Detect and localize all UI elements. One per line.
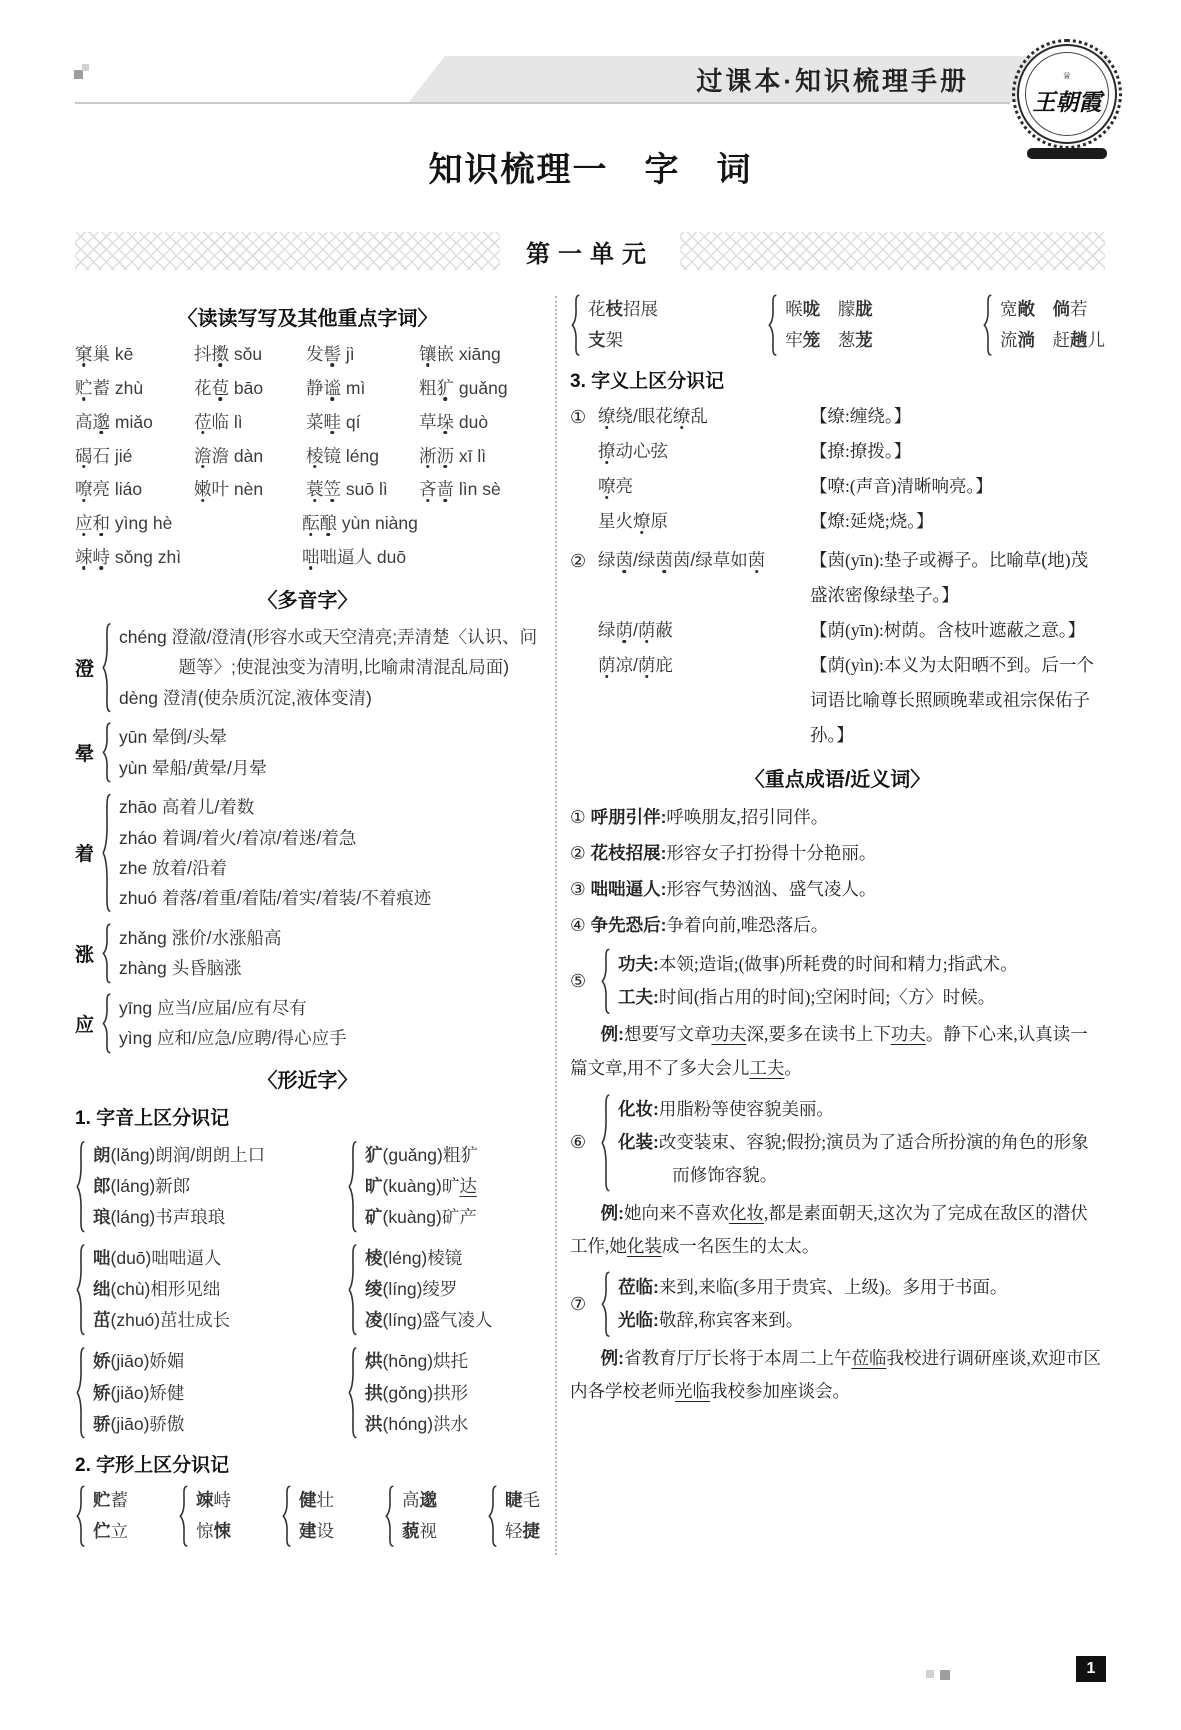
meaning-term: 嘹亮 bbox=[598, 469, 810, 504]
vocab-row: 高邈 miǎo莅临 lì菜畦 qí草垛 duò bbox=[75, 407, 540, 439]
polyphone-line: yìng 应和/应急/应聘/得心应手 bbox=[119, 1023, 540, 1053]
compare-group: ⑥化妆:用脂粉等使容貌美丽。化装:改变装束、容貌;假扮;演员为了适合所扮演的角色… bbox=[570, 1093, 1105, 1193]
left-column: 〈读读写写及其他重点字词〉 窠巢 kē抖擞 sǒu发髻 jì镶嵌 xiāng贮蓄… bbox=[75, 292, 540, 1555]
footer-decoration-icon bbox=[926, 1670, 934, 1678]
polyphone-group: 应yīng 应当/应届/应有尽有yìng 应和/应急/应聘/得心应手 bbox=[75, 993, 540, 1054]
page-title: 知识梳理一 字 词 bbox=[0, 142, 1181, 191]
vocab-item: 竦峙 sǒng zhì bbox=[75, 542, 298, 574]
vocab-item: 草垛 duò bbox=[419, 407, 540, 439]
soundalike-line: 旷(kuàng)旷达 bbox=[365, 1171, 540, 1202]
soundalike-group: 咄(duō)咄咄逼人绌(chù)相形见绌茁(zhuó)茁壮成长 bbox=[75, 1243, 347, 1336]
shape-pair-line: 宽敞 倘若 bbox=[1000, 294, 1105, 325]
section-title-idioms: 〈重点成语/近义词〉 bbox=[570, 763, 1105, 792]
shape-pair: 花枝招展支架 bbox=[570, 294, 658, 356]
soundalike-line: 洪(hóng)洪水 bbox=[365, 1409, 540, 1440]
column-divider bbox=[555, 296, 557, 1555]
brace-icon bbox=[600, 1271, 611, 1338]
brand-name: 王朝霞 bbox=[1033, 84, 1102, 117]
section-title-lookalike: 〈形近字〉 bbox=[75, 1064, 540, 1093]
item-number: ④ bbox=[570, 915, 591, 935]
polyphone-line: zhuó 着落/着重/着陆/着实/着装/不着痕迹 bbox=[119, 883, 540, 913]
brace-icon bbox=[101, 792, 112, 914]
polyphone-group: 澄chéng 澄澈/澄清(形容水或天空清亮;弄清楚〈认识、问题等〉;使混浊变为清… bbox=[75, 622, 540, 713]
meaning-row: 绿荫/荫蔽【荫(yīn):树荫。含枝叶遮蔽之意。】 bbox=[598, 613, 1105, 648]
vocab-item: 蓑笠 suō lì bbox=[306, 474, 415, 506]
shape-pair-line: 高邈 bbox=[402, 1485, 437, 1516]
shape-pair-line: 健壮 bbox=[299, 1485, 334, 1516]
example-sentence: 例:省教育厅厅长将于本周二上午莅临我校进行调研座谈,欢迎市区内各学校老师光临我校… bbox=[570, 1342, 1105, 1409]
crown-icon: ♕ bbox=[1063, 72, 1072, 82]
item-number: ① bbox=[570, 807, 591, 827]
idiom-list: ① 呼朋引伴:呼唤朋友,招引同伴。② 花枝招展:形容女子打扮得十分艳丽。③ 咄咄… bbox=[570, 800, 1105, 1408]
meaning-row: 缭绕/眼花缭乱【缭:缠绕。】 bbox=[598, 399, 1105, 434]
subsection-title-by-sound: 1. 字音上区分识记 bbox=[75, 1103, 540, 1130]
footer-decoration-icon bbox=[940, 1670, 950, 1680]
brand-logo: ♕ 王朝霞 bbox=[1017, 44, 1117, 144]
soundalike-line: 绫(líng)绫罗 bbox=[365, 1274, 540, 1305]
shape-pair-line: 睫毛 bbox=[505, 1485, 540, 1516]
compare-group: ⑦莅临:来到,来临(多用于贵宾、上级)。多用于书面。光临:敬辞,称宾客来到。 bbox=[570, 1271, 1105, 1338]
vocab-item: 莅临 lì bbox=[194, 407, 302, 439]
soundalike-line: 矫(jiǎo)矫健 bbox=[93, 1378, 347, 1409]
vocab-row: 碣石 jié澹澹 dàn棱镜 léng淅沥 xī lì bbox=[75, 441, 540, 473]
header-band: 过课本·知识梳理手册 bbox=[409, 56, 1109, 102]
polyphone-line: chéng 澄澈/澄清(形容水或天空清亮;弄清楚〈认识、问题等〉;使混浊变为清明… bbox=[119, 622, 540, 683]
brace-icon bbox=[75, 1140, 86, 1233]
shape-pair-line: 伫立 bbox=[93, 1516, 128, 1547]
vocab-item: 发髻 jì bbox=[306, 339, 415, 371]
soundalike-line: 骄(jiāo)骄傲 bbox=[93, 1409, 347, 1440]
meaning-def: 【燎:延烧;烧。】 bbox=[810, 504, 1105, 539]
item-number: ⑦ bbox=[570, 1271, 600, 1338]
page-content: 〈读读写写及其他重点字词〉 窠巢 kē抖擞 sǒu发髻 jì镶嵌 xiāng贮蓄… bbox=[75, 292, 1105, 1555]
soundalike-line: 茁(zhuó)茁壮成长 bbox=[93, 1305, 347, 1336]
soundalike-group: 犷(guǎng)粗犷旷(kuàng)旷达矿(kuàng)矿产 bbox=[347, 1140, 540, 1233]
polyphone-list: 澄chéng 澄澈/澄清(形容水或天空清亮;弄清楚〈认识、问题等〉;使混浊变为清… bbox=[75, 622, 540, 1054]
brace-icon bbox=[101, 722, 112, 783]
shape-pair: 竦峙惊悚 bbox=[178, 1485, 231, 1547]
brace-icon bbox=[101, 923, 112, 984]
idiom-item: ③ 咄咄逼人:形容气势汹汹、盛气凌人。 bbox=[570, 872, 1105, 908]
vocab-item: 高邈 miǎo bbox=[75, 407, 190, 439]
compare-line: 光临:敬辞,称宾客来到。 bbox=[618, 1304, 1105, 1337]
vocab-item: 抖擞 sǒu bbox=[194, 339, 302, 371]
soundalike-line: 咄(duō)咄咄逼人 bbox=[93, 1243, 347, 1274]
polyphone-group: 着zhāo 高着儿/着数zháo 着调/着火/着凉/着迷/着急zhe 放着/沿着… bbox=[75, 792, 540, 914]
polyphone-line: yùn 晕船/黄晕/月晕 bbox=[119, 753, 540, 783]
soundalike-line: 郎(láng)新郎 bbox=[93, 1171, 347, 1202]
header-rule bbox=[75, 102, 1010, 104]
vocab-item: 淅沥 xī lì bbox=[419, 441, 540, 473]
brace-icon bbox=[384, 1485, 395, 1547]
polyphone-line: yīng 应当/应届/应有尽有 bbox=[119, 993, 540, 1023]
shape-pair-line: 藐视 bbox=[402, 1516, 437, 1547]
item-number: ① bbox=[570, 399, 586, 435]
compare-line: 莅临:来到,来临(多用于贵宾、上级)。多用于书面。 bbox=[618, 1271, 1105, 1304]
brace-icon bbox=[101, 622, 112, 713]
polyphone-group: 晕yūn 晕倒/头晕yùn 晕船/黄晕/月晕 bbox=[75, 722, 540, 783]
soundalike-row: 咄(duō)咄咄逼人绌(chù)相形见绌茁(zhuó)茁壮成长棱(léng)棱镜… bbox=[75, 1243, 540, 1336]
meaning-row: 星火燎原【燎:延烧;烧。】 bbox=[598, 504, 1105, 539]
compare-line: 工夫:时间(指占用的时间);空闲时间;〈方〉时候。 bbox=[618, 981, 1105, 1014]
vocab-grid: 窠巢 kē抖擞 sǒu发髻 jì镶嵌 xiāng贮蓄 zhù花苞 bāo静谧 m… bbox=[75, 339, 540, 574]
meaning-row: 撩动心弦【撩:撩拨。】 bbox=[598, 434, 1105, 469]
meaning-row: 嘹亮【嘹:(声音)清晰响亮。】 bbox=[598, 469, 1105, 504]
vocab-item: 棱镜 léng bbox=[306, 441, 415, 473]
vocab-row: 窠巢 kē抖擞 sǒu发髻 jì镶嵌 xiāng bbox=[75, 339, 540, 371]
brace-icon bbox=[178, 1485, 189, 1547]
polyphone-char: 涨 bbox=[75, 923, 101, 984]
soundalike-row: 娇(jiāo)娇媚矫(jiǎo)矫健骄(jiāo)骄傲烘(hōng)烘托拱(gǒ… bbox=[75, 1346, 540, 1439]
shape-pair-line: 轻捷 bbox=[505, 1516, 540, 1547]
brace-icon bbox=[347, 1243, 358, 1336]
meaning-group-list: ①缭绕/眼花缭乱【缭:缠绕。】撩动心弦【撩:撩拨。】嘹亮【嘹:(声音)清晰响亮。… bbox=[570, 399, 1105, 753]
brace-icon bbox=[347, 1140, 358, 1233]
shape-pair: 贮蓄伫立 bbox=[75, 1485, 128, 1547]
shape-pair-row-continued: 花枝招展支架喉咙 朦胧牢笼 葱茏宽敞 倘若流淌 赶趟儿 bbox=[570, 294, 1105, 356]
item-number: ⑤ bbox=[570, 948, 600, 1015]
meaning-def: 【荫(yìn):本义为太阳晒不到。后一个词语比喻尊长照顾晚辈或祖宗保佑子孙。】 bbox=[810, 648, 1105, 753]
brace-icon bbox=[347, 1346, 358, 1439]
soundalike-line: 拱(gǒng)拱形 bbox=[365, 1378, 540, 1409]
page-number: 1 bbox=[1076, 1656, 1106, 1682]
shape-pair-line: 牢笼 葱茏 bbox=[785, 325, 873, 356]
shape-pair: 高邈藐视 bbox=[384, 1485, 437, 1547]
idiom-item: ① 呼朋引伴:呼唤朋友,招引同伴。 bbox=[570, 800, 1105, 836]
shape-pair-line: 贮蓄 bbox=[93, 1485, 128, 1516]
logo-ribbon-icon bbox=[1027, 148, 1107, 159]
brace-icon bbox=[570, 294, 581, 356]
vocab-item: 镶嵌 xiāng bbox=[419, 339, 540, 371]
item-number: ② bbox=[570, 843, 591, 863]
vocab-item: 静谧 mì bbox=[306, 373, 415, 405]
brace-icon bbox=[75, 1346, 86, 1439]
vocab-item: 澹澹 dàn bbox=[194, 441, 302, 473]
item-number: ⑥ bbox=[570, 1093, 600, 1193]
soundalike-line: 矿(kuàng)矿产 bbox=[365, 1202, 540, 1233]
vocab-item: 粗犷 guǎng bbox=[419, 373, 540, 405]
polyphone-line: zhǎng 涨价/水涨船高 bbox=[119, 923, 540, 953]
shape-pair-line: 喉咙 朦胧 bbox=[785, 294, 873, 325]
polyphone-char: 着 bbox=[75, 792, 101, 914]
soundalike-line: 琅(láng)书声琅琅 bbox=[93, 1202, 347, 1233]
vocab-row: 贮蓄 zhù花苞 bāo静谧 mì粗犷 guǎng bbox=[75, 373, 540, 405]
meaning-group: ①缭绕/眼花缭乱【缭:缠绕。】撩动心弦【撩:撩拨。】嘹亮【嘹:(声音)清晰响亮。… bbox=[570, 399, 1105, 539]
polyphone-line: yūn 晕倒/头晕 bbox=[119, 722, 540, 752]
item-number: ② bbox=[570, 543, 586, 579]
item-number: ③ bbox=[570, 879, 591, 899]
soundalike-line: 凌(líng)盛气凌人 bbox=[365, 1305, 540, 1336]
example-sentence: 例:她向来不喜欢化妆,都是素面朝天,这次为了完成在敌区的潜伏工作,她化装成一名医… bbox=[570, 1197, 1105, 1264]
vocab-item: 贮蓄 zhù bbox=[75, 373, 190, 405]
brace-icon bbox=[982, 294, 993, 356]
section-title-key-words: 〈读读写写及其他重点字词〉 bbox=[75, 302, 540, 331]
brace-icon bbox=[75, 1485, 86, 1547]
subsection-title-by-meaning: 3. 字义上区分识记 bbox=[570, 366, 1105, 393]
meaning-term: 荫凉/荫庇 bbox=[598, 648, 810, 753]
soundalike-row: 朗(lǎng)朗润/朗朗上口郎(láng)新郎琅(láng)书声琅琅犷(guǎn… bbox=[75, 1140, 540, 1233]
meaning-term: 绿荫/荫蔽 bbox=[598, 613, 810, 648]
vocab-row: 应和 yìng hè酝酿 yùn niàng bbox=[75, 508, 540, 540]
compare-line: 化妆:用脂粉等使容貌美丽。 bbox=[618, 1093, 1105, 1126]
polyphone-line: dèng 澄清(使杂质沉淀,液体变清) bbox=[119, 683, 540, 713]
meaning-row: 绿茵/绿茵茵/绿草如茵【茵(yīn):垫子或褥子。比喻草(地)茂盛浓密像绿垫子。… bbox=[598, 543, 1105, 613]
vocab-item: 酝酿 yùn niàng bbox=[302, 508, 540, 540]
meaning-term: 星火燎原 bbox=[598, 504, 810, 539]
soundalike-line: 娇(jiāo)娇媚 bbox=[93, 1346, 347, 1377]
soundalike-group: 烘(hōng)烘托拱(gǒng)拱形洪(hóng)洪水 bbox=[347, 1346, 540, 1439]
meaning-term: 缭绕/眼花缭乱 bbox=[598, 399, 810, 434]
corner-decoration-icon bbox=[74, 64, 98, 84]
vocab-row: 嘹亮 liáo嫩叶 nèn蓑笠 suō lì吝啬 lìn sè bbox=[75, 474, 540, 506]
brace-icon bbox=[101, 993, 112, 1054]
shape-pair-line: 建设 bbox=[299, 1516, 334, 1547]
brace-icon bbox=[600, 948, 611, 1015]
brace-icon bbox=[281, 1485, 292, 1547]
soundalike-list: 朗(lǎng)朗润/朗朗上口郎(láng)新郎琅(láng)书声琅琅犷(guǎn… bbox=[75, 1140, 540, 1440]
vocab-item: 嫩叶 nèn bbox=[194, 474, 302, 506]
shape-pair: 宽敞 倘若流淌 赶趟儿 bbox=[982, 294, 1105, 356]
vocab-row: 竦峙 sǒng zhì咄咄逼人 duō bbox=[75, 542, 540, 574]
shape-pair-line: 支架 bbox=[588, 325, 658, 356]
polyphone-line: zháo 着调/着火/着凉/着迷/着急 bbox=[119, 823, 540, 853]
polyphone-line: zhāo 高着儿/着数 bbox=[119, 792, 540, 822]
header-title: 过课本·知识梳理手册 bbox=[696, 61, 969, 98]
shape-pair-row: 贮蓄伫立竦峙惊悚健壮建设高邈藐视睫毛轻捷 bbox=[75, 1485, 540, 1547]
vocab-item: 嘹亮 liáo bbox=[75, 474, 190, 506]
soundalike-group: 棱(léng)棱镜绫(líng)绫罗凌(líng)盛气凌人 bbox=[347, 1243, 540, 1336]
shape-pair-line: 流淌 赶趟儿 bbox=[1000, 325, 1105, 356]
vocab-item: 花苞 bāo bbox=[194, 373, 302, 405]
brace-icon bbox=[767, 294, 778, 356]
vocab-item: 应和 yìng hè bbox=[75, 508, 298, 540]
polyphone-char: 晕 bbox=[75, 722, 101, 783]
brace-icon bbox=[600, 1093, 611, 1193]
shape-pair: 睫毛轻捷 bbox=[487, 1485, 540, 1547]
unit-banner: 第一单元 bbox=[75, 232, 1105, 270]
soundalike-line: 烘(hōng)烘托 bbox=[365, 1346, 540, 1377]
brand-seal-icon: ♕ 王朝霞 bbox=[1025, 52, 1109, 136]
shape-pair: 健壮建设 bbox=[281, 1485, 334, 1547]
section-title-polyphones: 〈多音字〉 bbox=[75, 584, 540, 613]
brace-icon bbox=[75, 1243, 86, 1336]
compare-line: 功夫:本领;造诣;(做事)所耗费的时间和精力;指武术。 bbox=[618, 948, 1105, 981]
meaning-def: 【撩:撩拨。】 bbox=[810, 434, 1105, 469]
vocab-item: 咄咄逼人 duō bbox=[302, 542, 540, 574]
meaning-row: 荫凉/荫庇【荫(yìn):本义为太阳晒不到。后一个词语比喻尊长照顾晚辈或祖宗保佑… bbox=[598, 648, 1105, 753]
shape-pair-line: 惊悚 bbox=[196, 1516, 231, 1547]
meaning-def: 【嘹:(声音)清晰响亮。】 bbox=[810, 469, 1105, 504]
soundalike-line: 绌(chù)相形见绌 bbox=[93, 1274, 347, 1305]
compare-line: 化装:改变装束、容貌;假扮;演员为了适合所扮演的角色的形象而修饰容貌。 bbox=[618, 1126, 1105, 1193]
meaning-def: 【荫(yīn):树荫。含枝叶遮蔽之意。】 bbox=[810, 613, 1105, 648]
soundalike-line: 朗(lǎng)朗润/朗朗上口 bbox=[93, 1140, 347, 1171]
polyphone-char: 应 bbox=[75, 993, 101, 1054]
brace-icon bbox=[487, 1485, 498, 1547]
idiom-item: ④ 争先恐后:争着向前,唯恐落后。 bbox=[570, 908, 1105, 944]
soundalike-group: 娇(jiāo)娇媚矫(jiǎo)矫健骄(jiāo)骄傲 bbox=[75, 1346, 347, 1439]
meaning-term: 撩动心弦 bbox=[598, 434, 810, 469]
vocab-item: 菜畦 qí bbox=[306, 407, 415, 439]
polyphone-char: 澄 bbox=[75, 622, 101, 713]
right-column: 花枝招展支架喉咙 朦胧牢笼 葱茏宽敞 倘若流淌 赶趟儿 3. 字义上区分识记 ①… bbox=[570, 292, 1105, 1555]
example-sentence: 例:想要写文章功夫深,要多在读书上下功夫。静下心来,认真读一篇文章,用不了多大会… bbox=[570, 1018, 1105, 1085]
shape-pair: 喉咙 朦胧牢笼 葱茏 bbox=[767, 294, 873, 356]
vocab-item: 碣石 jié bbox=[75, 441, 190, 473]
subsection-title-by-shape: 2. 字形上区分识记 bbox=[75, 1450, 540, 1477]
shape-pair-line: 花枝招展 bbox=[588, 294, 658, 325]
polyphone-line: zhàng 头昏脑涨 bbox=[119, 953, 540, 983]
meaning-def: 【缭:缠绕。】 bbox=[810, 399, 1105, 434]
meaning-group: ②绿茵/绿茵茵/绿草如茵【茵(yīn):垫子或褥子。比喻草(地)茂盛浓密像绿垫子… bbox=[570, 543, 1105, 753]
unit-label: 第一单元 bbox=[500, 232, 680, 271]
soundalike-group: 朗(lǎng)朗润/朗朗上口郎(láng)新郎琅(láng)书声琅琅 bbox=[75, 1140, 347, 1233]
idiom-item: ② 花枝招展:形容女子打扮得十分艳丽。 bbox=[570, 836, 1105, 872]
polyphone-line: zhe 放着/沿着 bbox=[119, 853, 540, 883]
vocab-item: 吝啬 lìn sè bbox=[419, 474, 540, 506]
compare-group: ⑤功夫:本领;造诣;(做事)所耗费的时间和精力;指武术。工夫:时间(指占用的时间… bbox=[570, 948, 1105, 1015]
shape-pair-line: 竦峙 bbox=[196, 1485, 231, 1516]
soundalike-line: 犷(guǎng)粗犷 bbox=[365, 1140, 540, 1171]
meaning-term: 绿茵/绿茵茵/绿草如茵 bbox=[598, 543, 810, 613]
meaning-def: 【茵(yīn):垫子或褥子。比喻草(地)茂盛浓密像绿垫子。】 bbox=[810, 543, 1105, 613]
page-footer: 1 bbox=[926, 1656, 1106, 1682]
vocab-item: 窠巢 kē bbox=[75, 339, 190, 371]
polyphone-group: 涨zhǎng 涨价/水涨船高zhàng 头昏脑涨 bbox=[75, 923, 540, 984]
soundalike-line: 棱(léng)棱镜 bbox=[365, 1243, 540, 1274]
